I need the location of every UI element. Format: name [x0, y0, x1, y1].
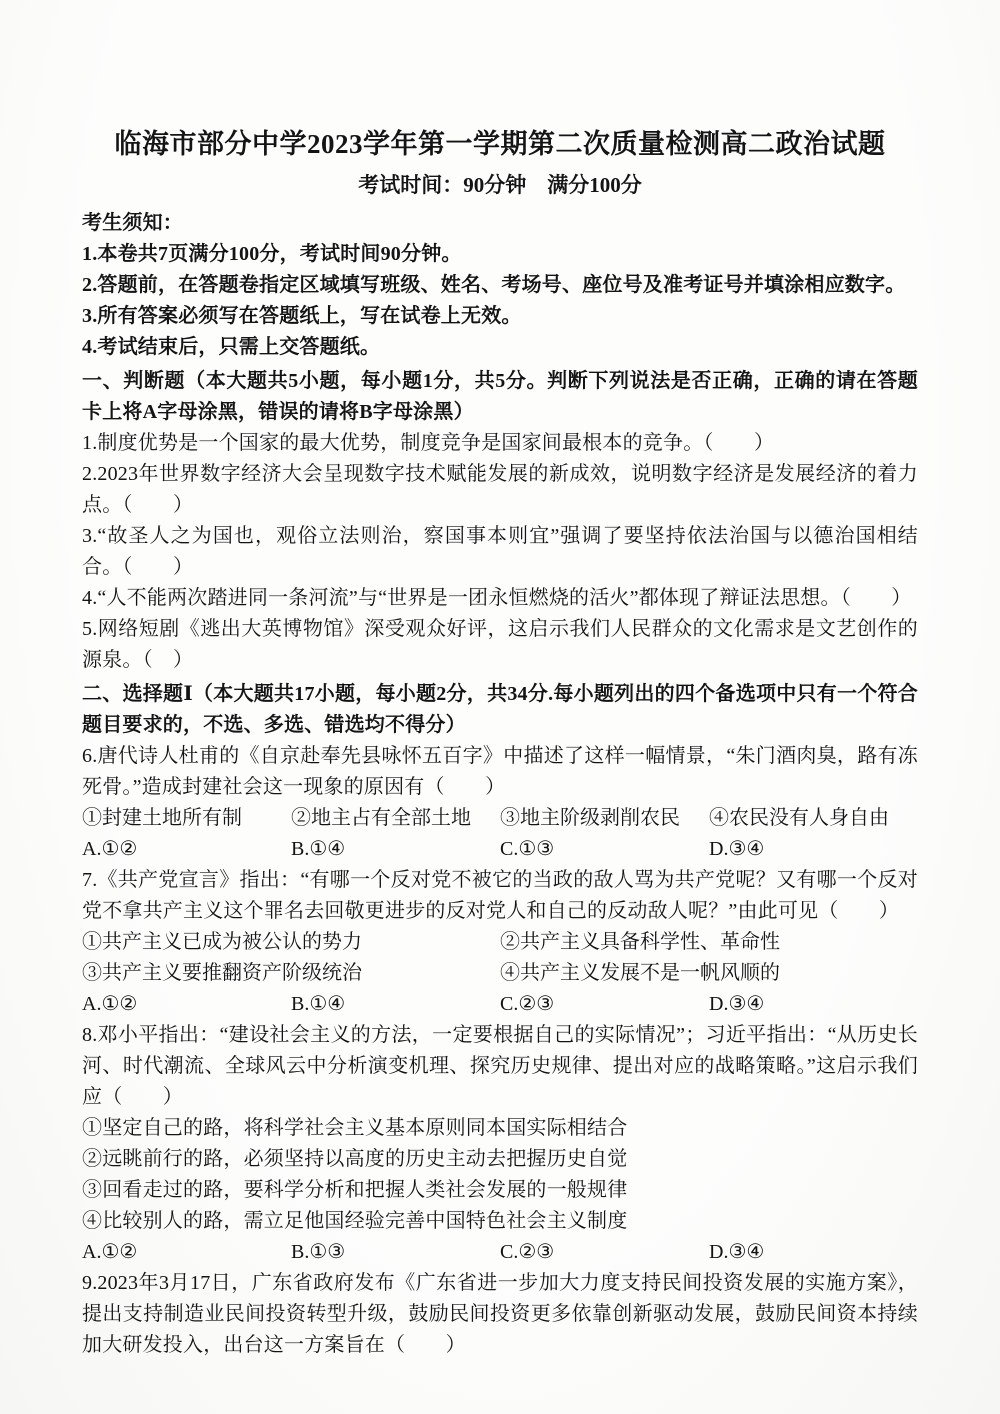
notice-item-4: 4.考试结束后，只需上交答题纸。	[82, 332, 918, 363]
option-item: ③回看走过的路，要科学分析和把握人类社会发展的一般规律	[82, 1175, 918, 1206]
option-item: ②远眺前行的路，必须坚持以高度的历史主动去把握历史自觉	[82, 1144, 918, 1175]
answer-choice: C.①③	[500, 834, 709, 865]
question-7-options-row-1: ①共产主义已成为被公认的势力 ②共产主义具备科学性、革命性	[82, 927, 918, 958]
exam-title: 临海市部分中学2023学年第一学期第二次质量检测高二政治试题	[82, 126, 918, 162]
question-7-stem: 7.《共产党宣言》指出：“有哪一个反对党不被它的当政的敌人骂为共产党呢？又有哪一…	[82, 865, 918, 927]
judgement-question-1: 1.制度优势是一个国家的最大优势，制度竞争是国家间最根本的竞争。（ ）	[82, 428, 918, 459]
question-6-stem: 6.唐代诗人杜甫的《自京赴奉先县咏怀五百字》中描述了这样一幅情景，“朱门酒肉臭，…	[82, 741, 918, 803]
answer-choice: D.③④	[709, 989, 918, 1020]
answer-choice: B.①④	[291, 834, 500, 865]
question-7-options-row-2: ③共产主义要推翻资产阶级统治 ④共产主义发展不是一帆风顺的	[82, 958, 918, 989]
answer-choice: D.③④	[709, 1237, 918, 1268]
section2-heading: 二、选择题Ⅰ（本大题共17小题，每小题2分，共34分.每小题列出的四个备选项中只…	[82, 679, 918, 741]
exam-paper-page: 临海市部分中学2023学年第一学期第二次质量检测高二政治试题 考试时间：90分钟…	[0, 0, 1000, 1414]
option-item: ②共产主义具备科学性、革命性	[500, 927, 918, 958]
answer-choice: C.②③	[500, 1237, 709, 1268]
notice-item-2: 2.答题前，在答题卷指定区域填写班级、姓名、考场号、座位号及准考证号并填涂相应数…	[82, 270, 918, 301]
notice-heading: 考生须知：	[82, 208, 918, 239]
question-6-answers: A.①② B.①④ C.①③ D.③④	[82, 834, 918, 865]
answer-choice: B.①③	[291, 1237, 500, 1268]
option-item: ③共产主义要推翻资产阶级统治	[82, 958, 500, 989]
exam-content: 临海市部分中学2023学年第一学期第二次质量检测高二政治试题 考试时间：90分钟…	[82, 126, 918, 1361]
answer-choice: A.①②	[82, 1237, 291, 1268]
option-item: ④共产主义发展不是一帆风顺的	[500, 958, 918, 989]
notice-item-3: 3.所有答案必须写在答题纸上，写在试卷上无效。	[82, 301, 918, 332]
judgement-question-4: 4.“人不能两次踏进同一条河流”与“世界是一团永恒燃烧的活火”都体现了辩证法思想…	[82, 583, 918, 614]
answer-choice: A.①②	[82, 989, 291, 1020]
exam-info-line: 考试时间：90分钟 满分100分	[82, 168, 918, 202]
answer-choice: C.②③	[500, 989, 709, 1020]
judgement-question-5: 5.网络短剧《逃出大英博物馆》深受观众好评，这启示我们人民群众的文化需求是文艺创…	[82, 614, 918, 676]
notice-item-1: 1.本卷共7页满分100分，考试时间90分钟。	[82, 239, 918, 270]
question-8-answers: A.①② B.①③ C.②③ D.③④	[82, 1237, 918, 1268]
section1-heading: 一、判断题（本大题共5小题，每小题1分，共5分。判断下列说法是否正确，正确的请在…	[82, 366, 918, 428]
option-item: ②地主占有全部土地	[291, 803, 500, 834]
question-6-options: ①封建土地所有制 ②地主占有全部土地 ③地主阶级剥削农民 ④农民没有人身自由	[82, 803, 918, 834]
option-item: ①封建土地所有制	[82, 803, 291, 834]
judgement-question-3: 3.“故圣人之为国也，观俗立法则治，察国事本则宜”强调了要坚持依法治国与以德治国…	[82, 521, 918, 583]
question-8-stem: 8.邓小平指出：“建设社会主义的方法，一定要根据自己的实际情况”；习近平指出：“…	[82, 1020, 918, 1113]
answer-choice: A.①②	[82, 834, 291, 865]
option-item: ①共产主义已成为被公认的势力	[82, 927, 500, 958]
question-7-answers: A.①② B.①④ C.②③ D.③④	[82, 989, 918, 1020]
question-9-stem: 9.2023年3月17日，广东省政府发布《广东省进一步加大力度支持民间投资发展的…	[82, 1268, 918, 1361]
option-item: ①坚定自己的路，将科学社会主义基本原则同本国实际相结合	[82, 1113, 918, 1144]
judgement-question-2: 2.2023年世界数字经济大会呈现数字技术赋能发展的新成效，说明数字经济是发展经…	[82, 459, 918, 521]
option-item: ④农民没有人身自由	[709, 803, 918, 834]
answer-choice: B.①④	[291, 989, 500, 1020]
answer-choice: D.③④	[709, 834, 918, 865]
option-item: ③地主阶级剥削农民	[500, 803, 709, 834]
option-item: ④比较别人的路，需立足他国经验完善中国特色社会主义制度	[82, 1206, 918, 1237]
